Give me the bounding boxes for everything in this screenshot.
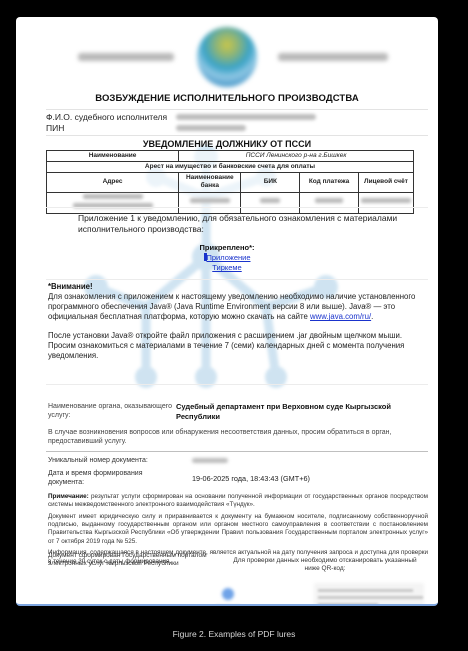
table-arrest-row: Арест на имущество и банковские счета дл… [47,162,414,173]
doc-number-redacted [192,458,228,463]
attachments-block: Прикреплено*: Приложение Тиркеме [16,243,438,273]
table-header-account: Лицевой счёт [358,173,413,192]
table-cell-redacted [300,192,359,213]
divider [46,207,428,208]
header-right-text-redacted [278,53,388,61]
table-cell-redacted [179,192,241,213]
attachment-link-tirkeme[interactable]: Тиркеме [16,263,438,273]
table-row [47,192,414,213]
figure-caption: Figure 2. Examples of PDF lures [0,629,468,639]
table-cell-redacted [47,192,179,213]
header-left-text-redacted [78,53,174,61]
note-paragraph: Примечание: результат услуги сформирован… [48,493,428,510]
field-value-bailiff-redacted [176,114,316,120]
datetime-value: 19-06-2025 года, 18:43:43 (GMT+6) [192,474,310,483]
signature-badge-icon [222,588,234,600]
table-cell-redacted [358,192,413,213]
table-header-bik: БИК [241,173,300,192]
attachment-link-prilozhenie[interactable]: Приложение [16,253,438,263]
attachment-intro-text: Приложение 1 к уведомлению, для обязател… [78,213,408,235]
document-header [16,25,438,87]
table-name-value: ПССИ Ленинского р-на г.Бишкек [179,151,414,162]
divider [46,279,428,280]
java-download-link[interactable]: www.java.com/ru/ [310,312,371,321]
table-cell-redacted [241,192,300,213]
divider [46,135,428,136]
service-org-value: Судебный департамент при Верховном суде … [176,402,421,422]
table-header-bank: Наименование банка [179,173,241,192]
datetime-label: Дата и время формирования документа: [48,469,168,487]
attached-label: Прикреплено*: [16,243,438,253]
state-emblem-icon [197,27,257,87]
attachment-link-label: Приложение [207,253,251,262]
legal-paragraph: Документ имеет юридическую силу и прирав… [48,513,428,546]
note-label: Примечание: [48,493,89,500]
signature-label-redacted [216,605,240,606]
pdf-document-page: ВОЗБУЖДЕНИЕ ИСПОЛНИТЕЛЬНОГО ПРОИЗВОДСТВА… [16,17,438,606]
doc-number-label: Уникальный номер документа: [48,456,168,465]
divider [46,109,428,110]
field-label-pin: ПИН [46,123,64,133]
field-value-pin-redacted [176,125,246,131]
redacted-line [318,589,413,592]
field-label-bailiff: Ф.И.О. судебного исполнителя [46,112,167,122]
warning-text-end: . [371,312,373,321]
formed-by-text: Документ сформирован Государственным пор… [48,552,228,569]
warning-paragraph-2: После установки Java® откройте файл прил… [48,331,420,361]
warning-paragraph-1: Для ознакомления с приложением к настоящ… [48,292,420,322]
notice-table: Наименование ПССИ Ленинского р-на г.Бишк… [46,150,414,214]
table-header-address: Адрес [47,173,179,192]
service-org-label: Наименование органа, оказывающего услугу… [48,402,178,420]
redacted-line [318,603,378,606]
contact-note: В случае возникновения вопросов или обна… [48,428,428,446]
document-title: ВОЗБУЖДЕНИЕ ИСПОЛНИТЕЛЬНОГО ПРОИЗВОДСТВА [16,93,438,104]
divider [46,384,428,385]
table-header-payment-code: Код платежа [300,173,359,192]
warning-heading: *Внимание! [48,282,420,292]
warning-block: *Внимание! Для ознакомления с приложение… [48,282,420,361]
notice-title: УВЕДОМЛЕНИЕ ДОЛЖНИКУ ОТ ПССИ [16,139,438,149]
note-text: результат услуги сформирован на основани… [48,493,428,508]
table-name-label: Наименование [47,151,179,162]
divider [46,451,428,452]
qr-instruction-text: Для проверки данных необходимо отсканиро… [230,557,420,574]
redacted-line [318,596,423,599]
